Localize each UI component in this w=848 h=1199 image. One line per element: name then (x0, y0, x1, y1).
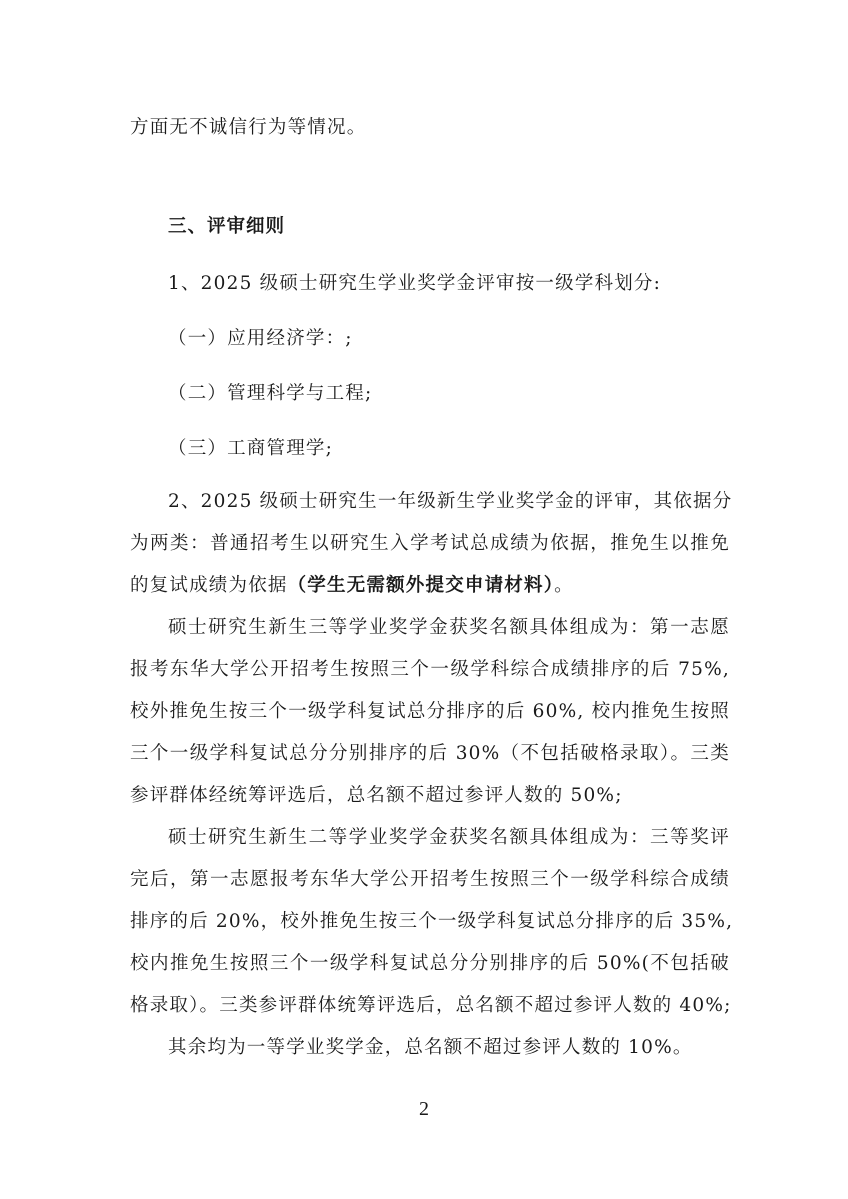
discipline-item-1: （一）应用经济学：; (168, 327, 730, 351)
paragraph-line: 校内推免生按照三个一级学科复试总分分别排序的后 50%(不包括破 (130, 952, 730, 976)
text-bold-note: （学生无需额外提交申请材料） (288, 575, 555, 596)
paragraph-line: 方面无不诚信行为等情况。 (130, 116, 730, 140)
section-heading: 三、评审细则 (168, 215, 768, 239)
paragraph-line: 校外推免生按三个一级学科复试总分排序的后 60%, 校内推免生按照 (130, 700, 730, 724)
paragraph-line: 为两类：普通招考生以研究生入学考试总成绩为依据，推免生以推免 (130, 532, 730, 556)
discipline-item-2: （二）管理科学与工程; (168, 382, 730, 406)
paragraph-line: 报考东华大学公开招考生按照三个一级学科综合成绩排序的后 75%, (130, 658, 730, 682)
page-number: 2 (0, 1098, 848, 1121)
second-class-paragraph-line: 硕士研究生新生二等学业奖学金获奖名额具体组成为：三等奖评 (168, 826, 730, 850)
paragraph-line: 完后，第一志愿报考东华大学公开招考生按照三个一级学科综合成绩 (130, 868, 730, 892)
text-plain: 的复试成绩为依据 (130, 575, 288, 596)
rule-item-2-line: 2、2025 级硕士研究生一年级新生学业奖学金的评审，其依据分 (168, 490, 730, 514)
third-class-paragraph-line: 硕士研究生新生三等学业奖学金获奖名额具体组成为：第一志愿 (168, 616, 730, 640)
document-page: 方面无不诚信行为等情况。 三、评审细则 1、2025 级硕士研究生学业奖学金评审… (0, 0, 848, 1199)
paragraph-line: 参评群体经统筹评选后，总名额不超过参评人数的 50%; (130, 784, 730, 808)
paragraph-line: 的复试成绩为依据（学生无需额外提交申请材料）。 (130, 574, 730, 598)
discipline-item-3: （三）工商管理学; (168, 437, 730, 461)
rule-item-1: 1、2025 级硕士研究生学业奖学金评审按一级学科划分: (168, 272, 730, 296)
first-class-paragraph-line: 其余均为一等学业奖学金，总名额不超过参评人数的 10%。 (168, 1036, 730, 1060)
paragraph-line: 三个一级学科复试总分分别排序的后 30%（不包括破格录取）。三类 (130, 742, 730, 766)
paragraph-line: 排序的后 20%，校外推免生按三个一级学科复试总分排序的后 35%, (130, 910, 730, 934)
text-end: 。 (554, 575, 574, 596)
paragraph-line: 格录取）。三类参评群体统筹评选后，总名额不超过参评人数的 40%; (130, 994, 730, 1018)
